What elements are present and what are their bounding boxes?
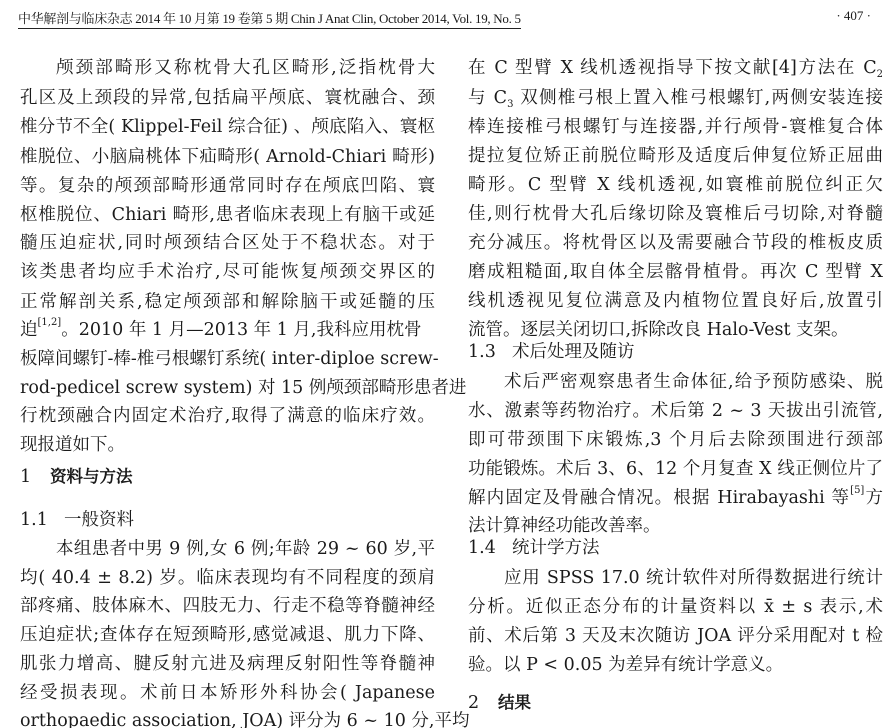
- section-heading-1-1: 1.1一般资料: [20, 508, 134, 532]
- paragraph-line: 验。以 P < 0.05 为差异有统计学意义。: [468, 653, 883, 677]
- paragraph-line: 颅颈部畸形又称枕骨大孔区畸形,泛指枕骨大: [20, 56, 435, 80]
- paragraph-line: 板障间螺钉-棒-椎弓根螺钉系统( inter-diploe screw-: [20, 347, 435, 371]
- paragraph-line: 畸形。C 型臂 X 线机透视,如寰椎前脱位纠正欠: [468, 173, 883, 197]
- section-heading-1: 1资料与方法: [20, 465, 133, 489]
- paragraph-line: 枢椎脱位、Chiari 畸形,患者临床表现上有脑干或延: [20, 203, 435, 227]
- paragraph-line: 正常解剖关系,稳定颅颈部和解除脑干或延髓的压: [20, 290, 435, 314]
- section-heading-2: 2结果: [468, 691, 531, 715]
- paragraph-line: 术后严密观察患者生命体征,给予预防感染、脱: [468, 370, 883, 394]
- journal-citation-line: 中华解剖与临床杂志 2014 年 10 月第 19 卷第 5 期 Chin J …: [18, 8, 521, 29]
- paragraph-line: 行枕颈融合内固定术治疗,取得了满意的临床疗效。: [20, 404, 435, 428]
- citation: [5]: [850, 485, 864, 496]
- paragraph-line: 前、术后第 3 天及末次随访 JOA 评分采用配对 t 检: [468, 624, 883, 648]
- running-header: 中华解剖与临床杂志 2014 年 10 月第 19 卷第 5 期 Chin J …: [18, 8, 871, 30]
- paragraph-line: 磨成粗糙面,取自体全层髂骨植骨。再次 C 型臂 X: [468, 260, 883, 284]
- paragraph-line: 佳,则行枕骨大孔后缘切除及寰椎后弓切除,对脊髓: [468, 202, 883, 226]
- citation: [1,2]: [38, 317, 62, 328]
- paragraph-line: 椎脱位、小脑扁桃体下疝畸形( Arnold-Chiari 畸形): [20, 145, 435, 169]
- paragraph-line: 髓压迫症状,同时颅颈结合区处于不稳状态。对于: [20, 231, 435, 255]
- paragraph-line: 应用 SPSS 17.0 统计软件对所得数据进行统计: [468, 566, 883, 590]
- paragraph-line-with-citation: 迫[1,2]。2010 年 1 月—2013 年 1 月,我科应用枕骨: [20, 318, 435, 342]
- paragraph-line: 线机透视见复位满意及内植物位置良好后,放置引: [468, 289, 883, 313]
- section-heading-1-4: 1.4统计学方法: [468, 536, 600, 560]
- text: 迫: [20, 320, 38, 340]
- page-number: · 407 ·: [836, 8, 871, 24]
- paragraph-line: 椎分节不全( Klippel-Feil 综合征) 、颅底陷入、寰枢: [20, 115, 435, 139]
- paragraph-line: 水、激素等药物治疗。术后第 2 ~ 3 天拔出引流管,: [468, 399, 883, 423]
- paragraph-line: 部疼痛、肢体麻木、四肢无力、行走不稳等脊髓神经: [20, 594, 435, 618]
- paragraph-line: 流管。逐层关闭切口,拆除改良 Halo-Vest 支架。: [468, 318, 883, 342]
- paragraph-line: 压迫症状;查体存在短颈畸形,感觉减退、肌力下降、: [20, 623, 435, 647]
- section-heading-1-3: 1.3术后处理及随访: [468, 340, 635, 364]
- paragraph-line-with-subscript: 在 C 型臂 X 线机透视指导下按文献[4]方法在 C2: [468, 56, 883, 80]
- paragraph-line: 充分减压。将枕骨区以及需要融合节段的椎板皮质: [468, 231, 883, 255]
- paragraph-line: 经受损表现。术前日本矫形外科协会( Japanese: [20, 681, 435, 705]
- paragraph-line-with-citation: 解内固定及骨融合情况。根据 Hirabayashi 等[5]方: [468, 486, 883, 510]
- paragraph-line: 即可带颈围下床锻炼,3 个月后去除颈围进行颈部: [468, 428, 883, 452]
- paragraph-line: 提拉复位矫正前脱位畸形及适度后伸复位矫正屈曲: [468, 144, 883, 168]
- paragraph-line: 肌张力增高、腱反射亢进及病理反射阳性等脊髓神: [20, 652, 435, 676]
- paragraph-line: 孔区及上颈段的异常,包括扁平颅底、寰枕融合、颈: [20, 86, 435, 110]
- paragraph-line: 均( 40.4 ± 8.2) 岁。临床表现均有不同程度的颈肩: [20, 566, 435, 590]
- text: 。2010 年 1 月—2013 年 1 月,我科应用枕骨: [61, 320, 421, 340]
- paragraph-line: 该类患者均应手术治疗,尽可能恢复颅颈交界区的: [20, 260, 435, 284]
- paragraph-line-with-subscript: 与 C3 双侧椎弓根上置入椎弓根螺钉,两侧安装连接: [468, 86, 883, 110]
- paragraph-line: 本组患者中男 9 例,女 6 例;年龄 29 ~ 60 岁,平: [20, 537, 435, 561]
- paragraph-line: 分析。近似正态分布的计量资料以 x̄ ± s 表示,术: [468, 595, 883, 619]
- paragraph-line: 功能锻炼。术后 3、6、12 个月复查 X 线正侧位片了: [468, 457, 883, 481]
- paragraph-line: 法计算神经功能改善率。: [468, 514, 883, 538]
- paragraph-line: orthopaedic association, JOA) 评分为 6 ~ 10…: [20, 709, 435, 728]
- paragraph-line: rod-pedicel screw system) 对 15 例颅颈部畸形患者进: [20, 376, 435, 400]
- paragraph-line: 现报道如下。: [20, 433, 435, 457]
- paragraph-line: 棒连接椎弓根螺钉与连接器,并行颅骨-寰椎复合体: [468, 115, 883, 139]
- paragraph-line: 等。复杂的颅颈部畸形通常同时存在颅底凹陷、寰: [20, 174, 435, 198]
